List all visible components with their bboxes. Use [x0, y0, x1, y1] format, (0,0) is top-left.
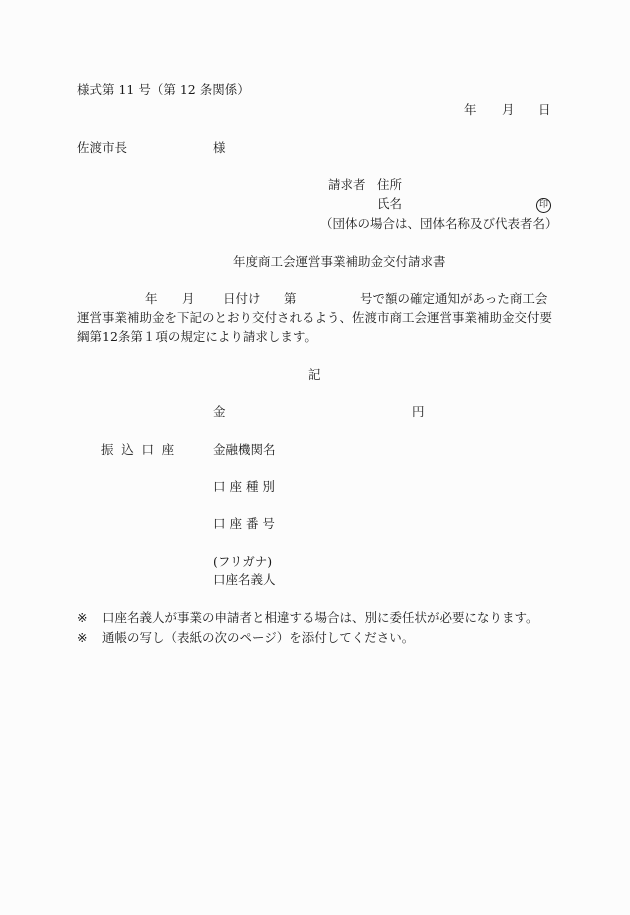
- note-1-text: 口座名義人が事業の申請者と相違する場合は、別に委任状が必要になります。: [102, 612, 539, 625]
- furigana-label: (フリガナ): [213, 556, 272, 569]
- body-line-2: 運営事業補助金を下記のとおり交付されるよう、佐渡市商工会運営事業補助金交付要: [77, 312, 557, 325]
- account-type-label: 口 座 種 別: [213, 481, 275, 494]
- document-title: 年度商工会運営事業補助金交付請求書: [233, 256, 446, 269]
- date-year-label: 年: [464, 104, 477, 117]
- addressee-name: 佐渡市長: [77, 142, 127, 155]
- note-2-text: 通帳の写し（表紙の次のページ）を添付してください。: [102, 632, 414, 645]
- date-month-label: 月: [502, 104, 515, 117]
- group-note: （団体の場合は、団体名称及び代表者名）: [320, 218, 558, 231]
- date-day-label: 日: [538, 104, 551, 117]
- body-number-prefix: 第: [284, 293, 297, 306]
- seal-icon: 印: [536, 197, 551, 213]
- institution-label: 金融機関名: [213, 444, 276, 457]
- address-label: 住所: [377, 179, 402, 192]
- body-year: 年: [145, 293, 158, 306]
- form-number: 様式第 11 号（第 12 条関係）: [77, 84, 250, 97]
- seal-mark: 印: [536, 198, 551, 213]
- account-holder-label: 口座名義人: [213, 574, 276, 587]
- body-line1-rest: 号で額の確定通知があった商工会: [360, 293, 547, 306]
- bank-section-label: 振 込 口 座: [101, 444, 176, 457]
- name-label: 氏名: [377, 198, 402, 211]
- applicant-label: 請求者: [328, 179, 366, 192]
- note-2-mark: ※: [77, 632, 87, 645]
- body-month: 月: [182, 293, 195, 306]
- ki-heading: 記: [308, 369, 321, 382]
- addressee-honorific: 様: [213, 142, 226, 155]
- body-date-suffix: 日付け: [223, 293, 261, 306]
- note-1-mark: ※: [77, 612, 87, 625]
- body-line-3: 綱第12条第１項の規定により請求します。: [77, 331, 557, 344]
- amount-label: 金: [213, 406, 226, 419]
- account-number-label: 口 座 番 号: [213, 518, 275, 531]
- amount-unit: 円: [412, 406, 425, 419]
